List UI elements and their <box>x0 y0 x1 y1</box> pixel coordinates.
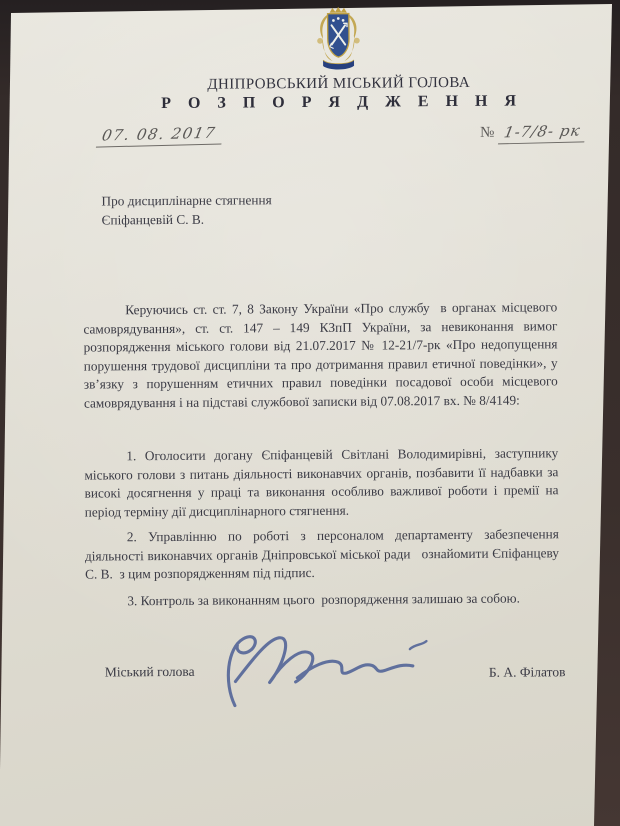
document-number: № 1-7/8- рк <box>480 122 586 144</box>
number-sign-label: № <box>480 125 494 142</box>
handwritten-number: 1-7/8- рк <box>498 121 588 144</box>
signer-position-title: Міський голова <box>105 664 195 681</box>
signer-name: Б. А. Філатов <box>489 664 566 681</box>
subject-line-2: Єпіфанцевій С. В. <box>102 210 272 230</box>
handwritten-date: 07. 08. 2017 <box>96 123 226 147</box>
order-item-3: 3. Контроль за виконанням цього розпоряд… <box>85 589 559 611</box>
document-content: ДНІПРОВСЬКИЙ МІСЬКИЙ ГОЛОВА Р О З П О Р … <box>0 0 620 826</box>
order-item-2: 2. Управлінню по роботі з персоналом деп… <box>85 525 559 584</box>
order-item-1: 1. Оголосити догану Єпіфанцевій Світлані… <box>84 444 559 522</box>
dnipro-coat-of-arms-icon <box>309 6 367 72</box>
subject-line-1: Про дисциплінарне стягнення <box>101 191 271 211</box>
document-type-title: Р О З П О Р Я Д Ж Е Н Н Я <box>32 92 620 114</box>
subject-block: Про дисциплінарне стягнення Єпіфанцевій … <box>101 191 271 229</box>
preamble-paragraph: Керуючись ст. ст. 7, 8 Закону України «П… <box>83 298 558 413</box>
document-photo: ДНІПРОВСЬКИЙ МІСЬКИЙ ГОЛОВА Р О З П О Р … <box>0 0 620 826</box>
signature-ink <box>202 617 457 718</box>
